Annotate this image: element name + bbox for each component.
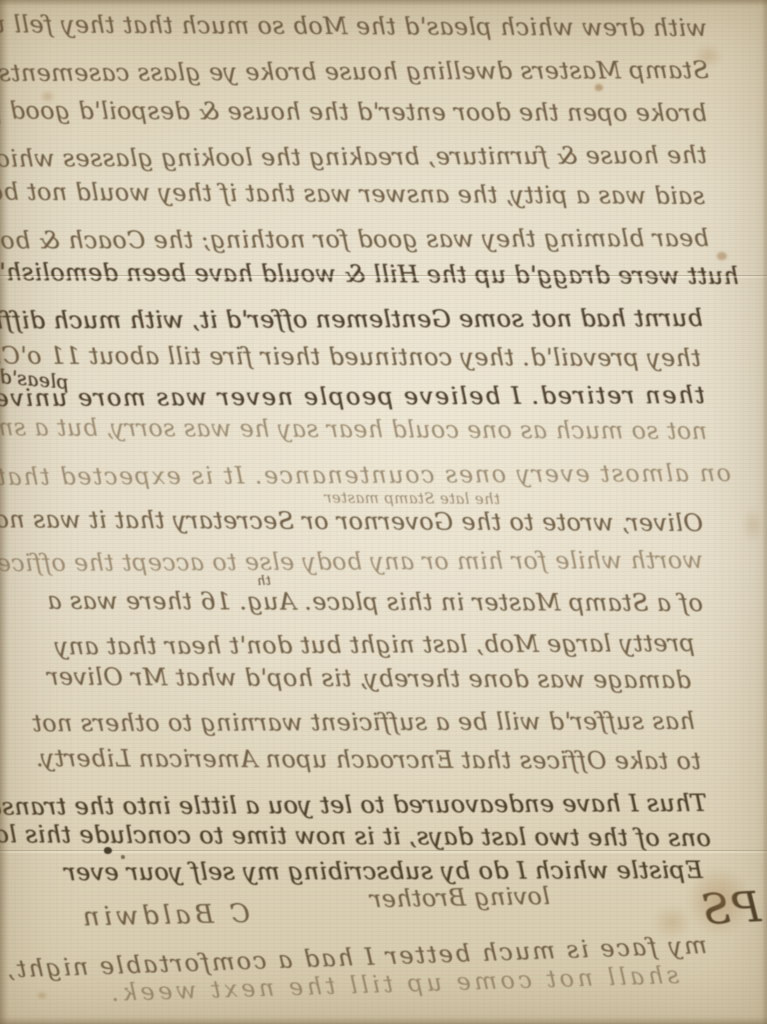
handwriting-line: worth while for him or any body else to …: [0, 546, 703, 577]
handwriting-line: the house & furniture, breaking the look…: [0, 141, 707, 173]
handwriting-line: of a Stamp Master in this place. Aug. 16…: [47, 587, 703, 617]
handwriting-line: Thus I have endeavoured to let you a lit…: [0, 789, 707, 821]
handwriting-line: Epistle which I do by subscribing my sel…: [64, 856, 703, 886]
handwriting-line: pretty large Mob, last night but don't h…: [54, 629, 695, 660]
handwriting-line: hutt were dragg'd up the Hill & would ha…: [0, 258, 739, 290]
handwriting-line: on almost every ones countenance. It is …: [0, 459, 731, 491]
handwriting-line: said was a pitty, the answer was that if…: [0, 177, 705, 210]
signature: C Baldwin: [79, 899, 251, 933]
handwriting-line: damage was done thereby, tis hop'd what …: [47, 663, 691, 694]
handwriting-line: has suffer'd will be a sufficient warnin…: [32, 707, 695, 737]
interline-note: the late Stamp master: [324, 488, 500, 508]
handwriting-line: to take Offices that Encroach upon Ameri…: [36, 744, 701, 775]
date-superscript: th: [257, 574, 271, 589]
handwriting-line: with drew which pleas'd the Mob so much …: [0, 10, 707, 42]
mirrored-handwriting-layer: with drew which pleas'd the Mob so much …: [0, 0, 767, 1024]
postscript-mark: PS: [699, 882, 763, 934]
handwriting-line: broke open the door enter'd the house & …: [0, 96, 707, 127]
handwriting-line: bear blaming they was good for nothing; …: [0, 224, 709, 255]
handwriting-line: then retired. I believe people never was…: [0, 381, 705, 412]
handwriting-line: not so much as one could hear say he was…: [0, 413, 707, 445]
closing-line: loving Brother: [369, 882, 550, 913]
letter-page: with drew which pleas'd the Mob so much …: [0, 0, 767, 1024]
handwriting-line: ons of the two last days, it is now time…: [0, 820, 711, 852]
handwriting-line: Stamp Masters dwelling house broke ye gl…: [0, 56, 709, 88]
handwriting-line: they prevail'd. they continued their fir…: [0, 341, 701, 372]
handwriting-line: burnt had not some Gentlemen offer'd it,…: [0, 304, 703, 335]
handwriting-line: Oliver, wrote to the Governor or Secreta…: [0, 505, 703, 537]
